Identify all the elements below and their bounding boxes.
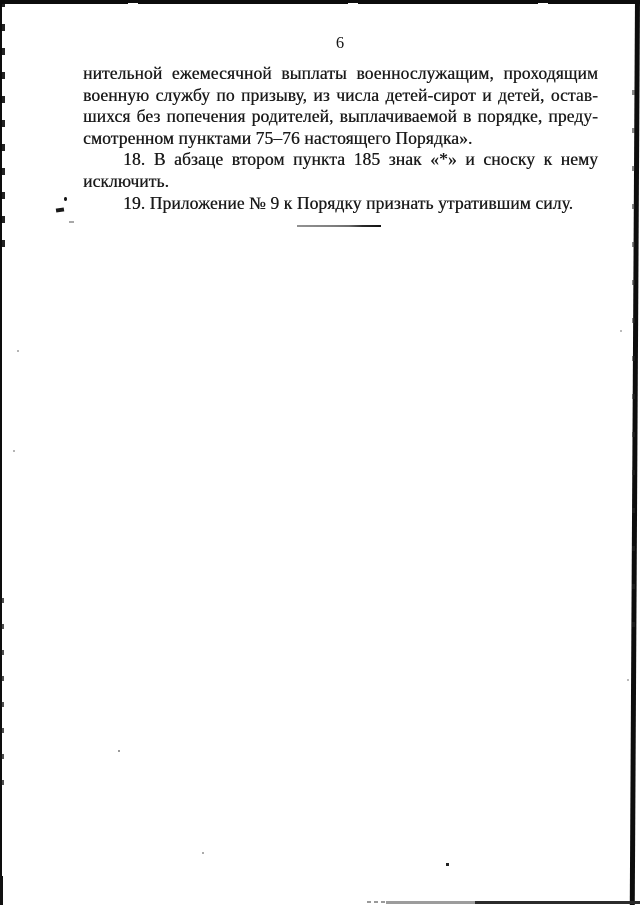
text-line-4: смотренном пунктами 75–76 настоящего Пор… <box>83 128 598 150</box>
scan-speck <box>69 221 74 223</box>
scan-edge-left-noise <box>0 876 3 905</box>
scan-edge-left-noise <box>0 598 4 798</box>
scanned-document-page: 6 нительной ежемесячной выплаты военносл… <box>0 0 640 905</box>
scan-speck <box>446 863 449 866</box>
scan-edge-bottom <box>475 901 640 904</box>
scan-edge-left-noise <box>0 0 5 262</box>
text-line-2: военную службу по призыву, из числа дете… <box>83 85 598 107</box>
scan-speck <box>620 330 622 332</box>
text-line-7: 19. Приложение № 9 к Порядку признать ут… <box>83 193 598 215</box>
scan-speck <box>627 679 629 681</box>
scan-speck <box>17 350 19 352</box>
scan-edge-top <box>0 0 640 4</box>
page-number: 6 <box>300 33 380 53</box>
text-line-1: нительной ежемесячной выплаты военнослуж… <box>83 63 598 85</box>
scan-edge-bottom <box>386 901 475 904</box>
scan-speck <box>64 197 67 201</box>
scan-speck <box>13 450 15 452</box>
document-text: нительной ежемесячной выплаты военнослуж… <box>83 63 598 214</box>
scan-speck <box>118 750 120 752</box>
scan-edge-bottom-noise <box>367 901 385 903</box>
scan-speck <box>202 852 204 854</box>
text-line-3: шихся без попечения родителей, выплачива… <box>83 106 598 128</box>
scan-speck <box>56 207 64 212</box>
text-line-5: 18. В абзаце втором пункта 185 знак «*» … <box>83 149 598 171</box>
text-line-6: исключить. <box>83 171 598 193</box>
end-divider-rule <box>297 225 381 227</box>
scan-edge-right-noise <box>632 90 635 650</box>
